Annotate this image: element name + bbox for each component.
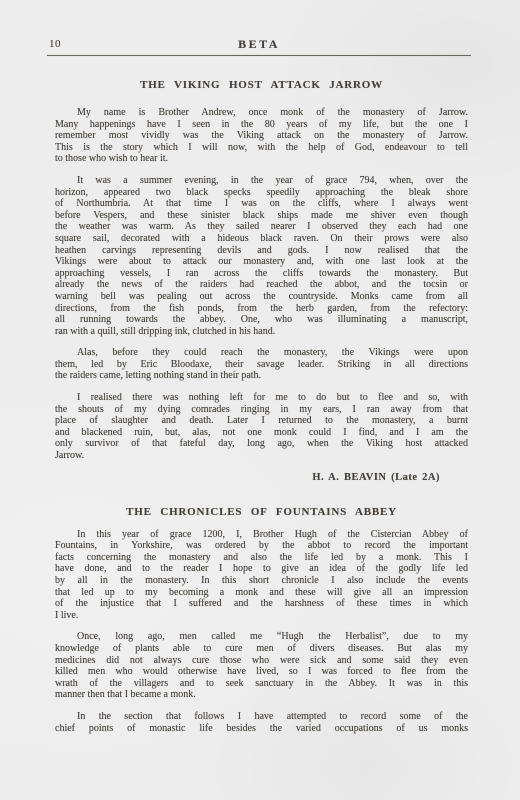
text-line: and blackened ruin, but, alas, not one m…	[55, 427, 468, 439]
text-line: remember most vividly was the Viking att…	[55, 130, 468, 142]
text-line: approaching vessels, I ran across the cl…	[55, 268, 468, 280]
page-content: THE VIKING HOST ATTACK JARROWMy name is …	[55, 0, 468, 744]
text-line: In the section that follows I have attem…	[55, 711, 468, 723]
text-line: horizon, appeared two black specks speed…	[55, 187, 468, 199]
text-line: wrath of the villagers and to seek sanct…	[55, 678, 468, 690]
text-line: Vikings were about to attack our monaste…	[55, 256, 468, 268]
article-paragraph: I realised there was nothing left for me…	[55, 392, 468, 462]
text-line: already the news of the raiders had reac…	[55, 279, 468, 291]
text-line: place of slaughter and death. Later I re…	[55, 415, 468, 427]
article-title: THE CHRONICLES OF FOUNTAINS ABBEY	[55, 506, 468, 519]
text-line: This is the story which I will now, with…	[55, 142, 468, 154]
text-line: Alas, before they could reach the monast…	[55, 347, 468, 359]
text-line: killed men who would otherwise have live…	[55, 666, 468, 678]
text-line: the shouts of my dying comrades ringing …	[55, 404, 468, 416]
article-paragraph: Alas, before they could reach the monast…	[55, 347, 468, 382]
text-line: In this year of grace 1200, I, Brother H…	[55, 529, 468, 541]
text-line: I live.	[55, 610, 468, 622]
text-line: by all in the monastery. In this short c…	[55, 575, 468, 587]
text-line: ran with a quill, still dripping ink, cl…	[55, 326, 468, 338]
text-line: to those who wish to hear it.	[55, 153, 468, 165]
text-line: facts concerning the monastery and also …	[55, 552, 468, 564]
text-line: that led up to my becoming a monk and th…	[55, 587, 468, 599]
text-line: knowledge of plants able to cure men of …	[55, 643, 468, 655]
text-line: heathen carvings representing devils and…	[55, 245, 468, 257]
text-line: I realised there was nothing left for me…	[55, 392, 468, 404]
text-line: My name is Brother Andrew, once monk of …	[55, 107, 468, 119]
text-line: the weather was warm. As they sailed nea…	[55, 221, 468, 233]
text-line: have done, and to the reader I hope to g…	[55, 563, 468, 575]
text-line: It was a summer evening, in the year of …	[55, 175, 468, 187]
article-paragraph: Once, long ago, men called me “Hugh the …	[55, 631, 468, 701]
text-line: of Northumbria. At that time I was on th…	[55, 198, 468, 210]
text-line: them, led by Eric Bloodaxe, their savage…	[55, 359, 468, 371]
text-line: Many happenings have I seen in the 80 ye…	[55, 119, 468, 131]
article-paragraph: It was a summer evening, in the year of …	[55, 175, 468, 337]
article-paragraph: My name is Brother Andrew, once monk of …	[55, 107, 468, 165]
article-byline: H. A. BEAVIN (Late 2A)	[55, 472, 440, 484]
text-line: chief points of monastic life besides th…	[55, 723, 468, 735]
text-line: Fountains, in Yorkshire, was ordered by …	[55, 540, 468, 552]
text-line: directions, from the fish ponds, from th…	[55, 303, 468, 315]
article-title: THE VIKING HOST ATTACK JARROW	[55, 79, 468, 92]
text-line: before Vespers, and these sinister black…	[55, 210, 468, 222]
text-line: warning bell was pealing out across the …	[55, 291, 468, 303]
scanned-magazine-page: 10 BETA THE VIKING HOST ATTACK JARROWMy …	[0, 0, 520, 800]
article-paragraph: In this year of grace 1200, I, Brother H…	[55, 529, 468, 622]
text-line: Jarrow.	[55, 450, 468, 462]
article-paragraph: In the section that follows I have attem…	[55, 711, 468, 734]
text-line: medicines did not always cure those who …	[55, 655, 468, 667]
text-line: square sail, decorated with a hideous bl…	[55, 233, 468, 245]
text-line: only survivor of that fateful day, long …	[55, 438, 468, 450]
text-line: manner then that I became a monk.	[55, 689, 468, 701]
text-line: of the injustice that I suffered and the…	[55, 598, 468, 610]
text-line: all running towards the abbey. One, who …	[55, 314, 468, 326]
text-line: Once, long ago, men called me “Hugh the …	[55, 631, 468, 643]
text-line: the raiders came, letting nothing stand …	[55, 370, 468, 382]
